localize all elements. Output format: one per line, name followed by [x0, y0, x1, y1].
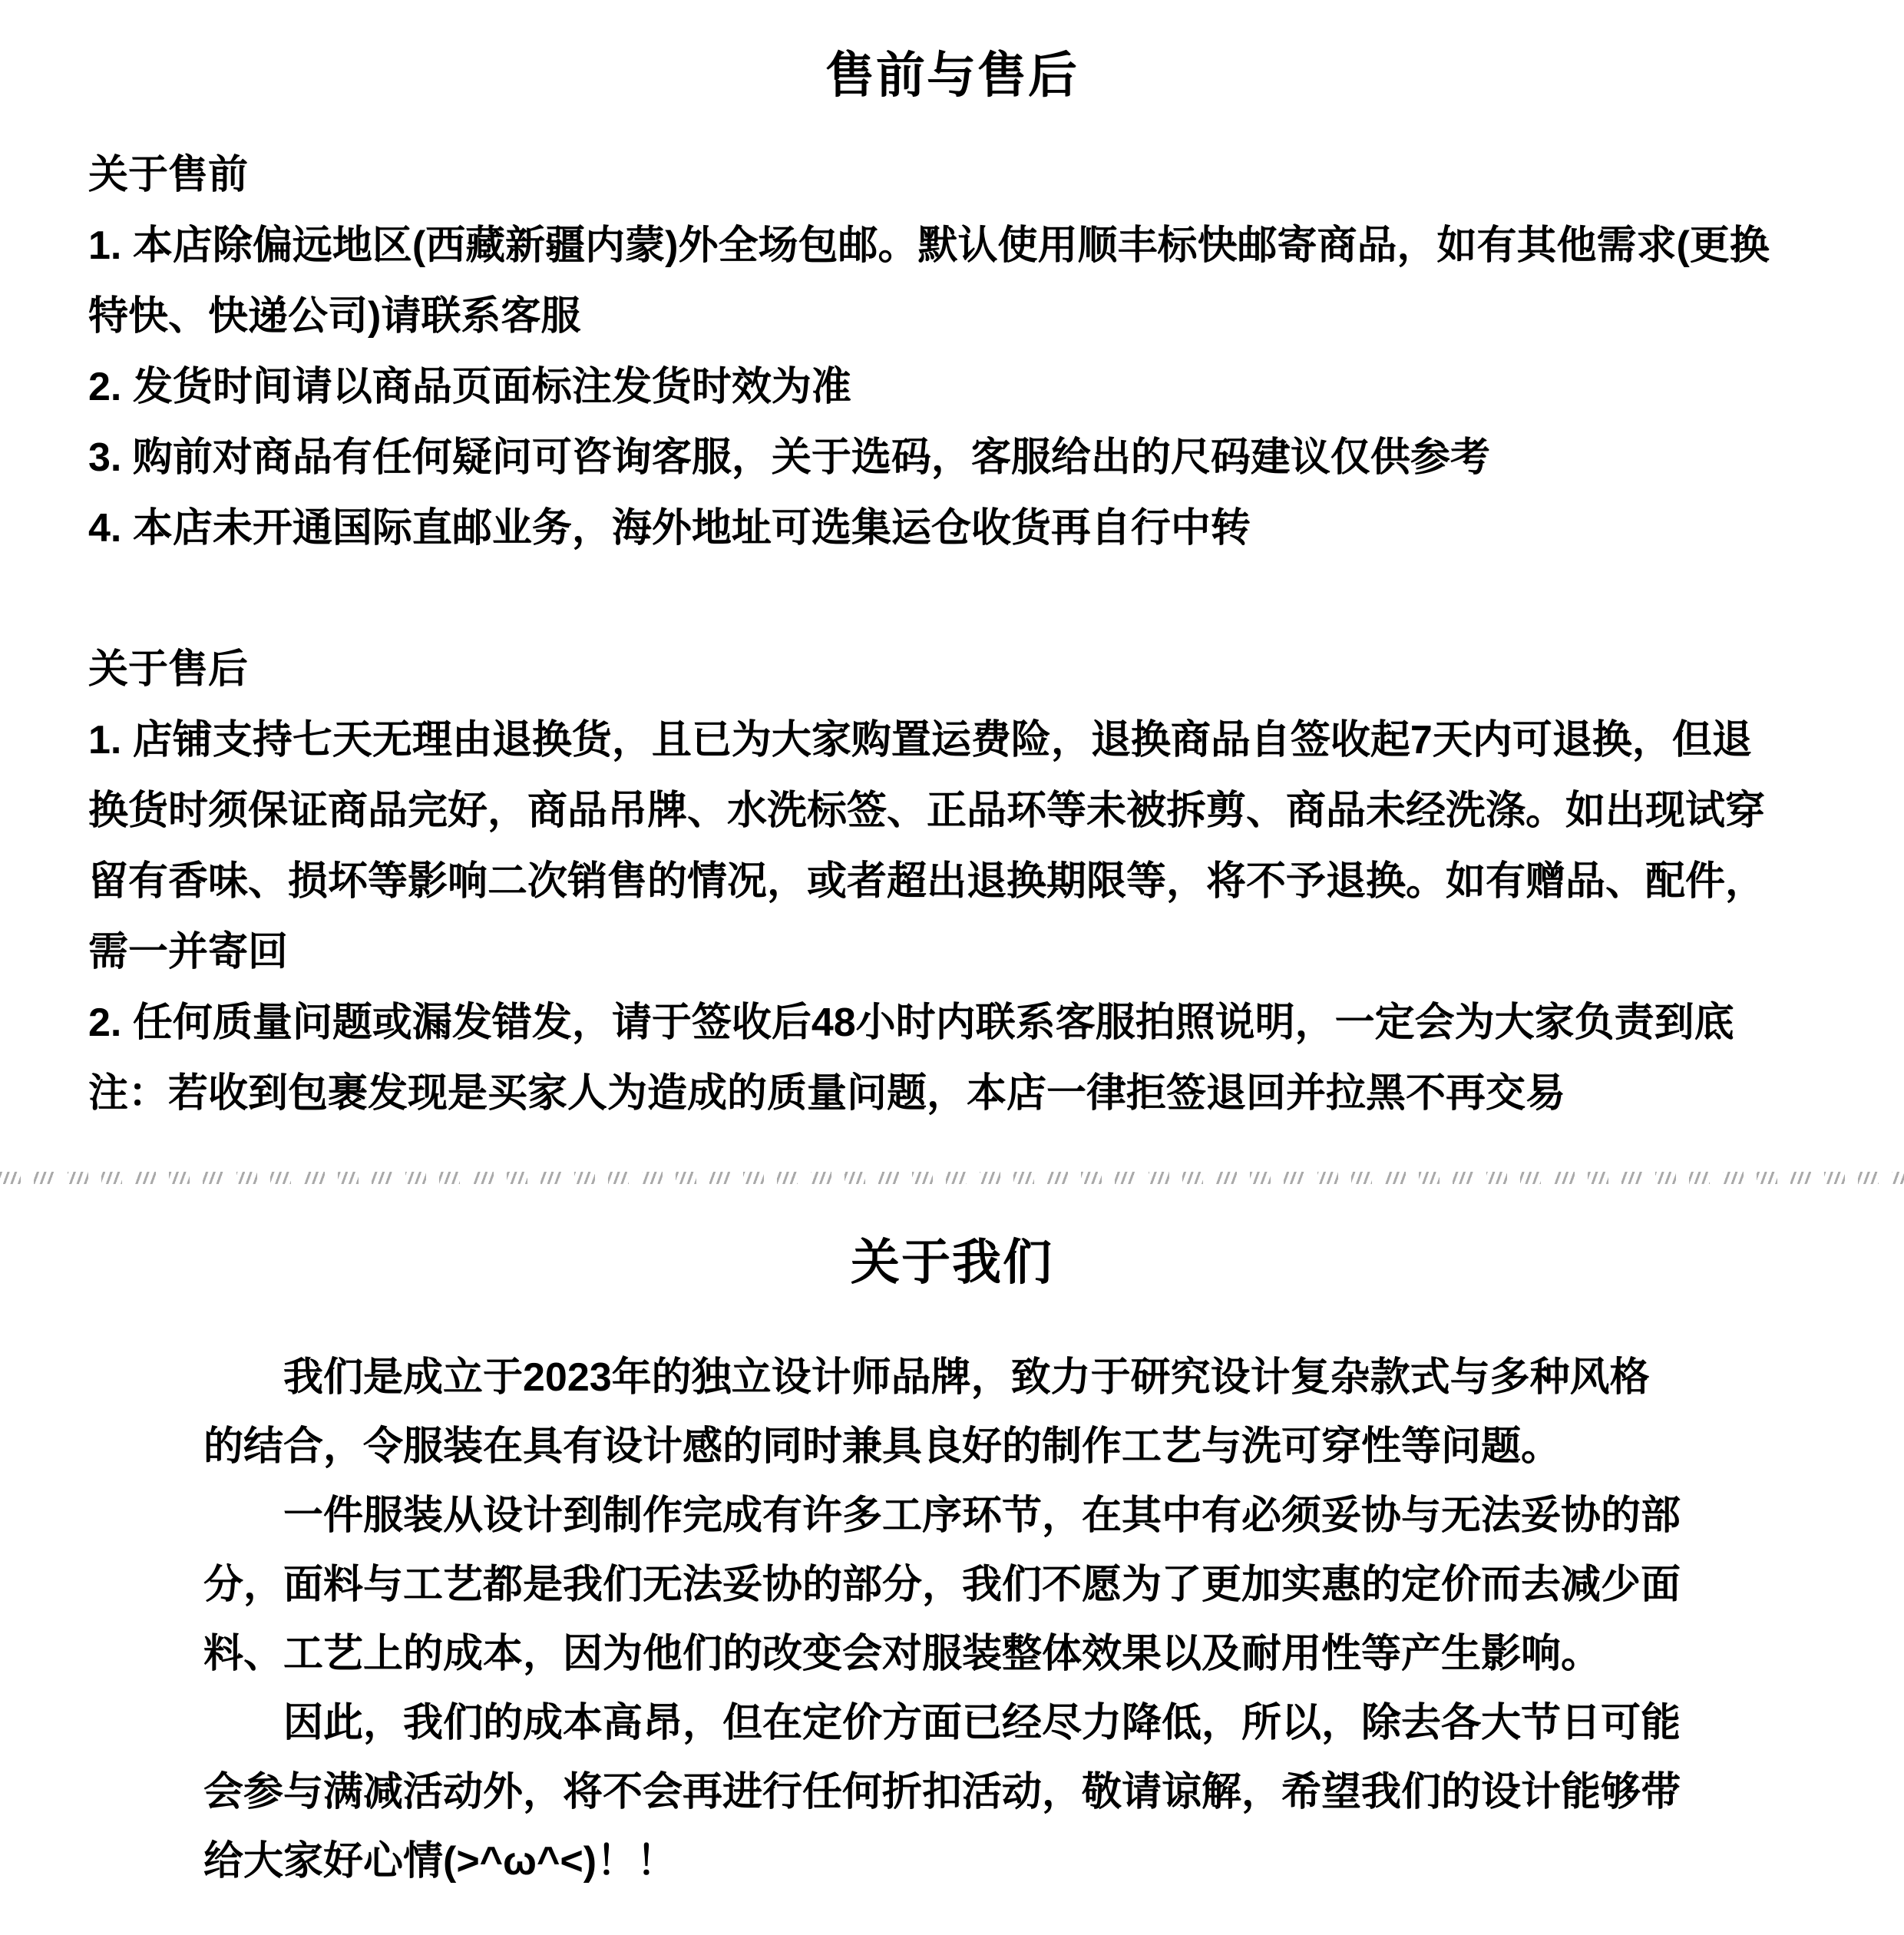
about-paragraph: 因此，我们的成本高昂，但在定价方面已经尽力降低，所以，除去各大节日可能 会参与满…: [203, 1689, 1701, 1896]
about-paragraph: 一件服装从设计到制作完成有许多工序环节，在其中有必须妥协与无法妥协的部 分，面料…: [203, 1481, 1701, 1689]
about-body: 我们是成立于2023年的独立设计师品牌，致力于研究设计复杂款式与多种风格 的结合…: [0, 1343, 1904, 1896]
product-detail-page: { "theme": { "background": "#ffffff", "t…: [0, 0, 1904, 1935]
aftersale-heading: 关于售后: [88, 634, 1816, 705]
presale-policy-text: 1. 本店除偏远地区(西藏新疆内蒙)外全场包邮。默认使用顺丰标快邮寄商品，如有其…: [88, 210, 1816, 564]
presale-aftersale-section: 售前与售后 关于售前 1. 本店除偏远地区(西藏新疆内蒙)外全场包邮。默认使用顺…: [0, 0, 1904, 1129]
about-title: 关于我们: [0, 1232, 1904, 1293]
presale-aftersale-title: 售前与售后: [88, 0, 1816, 106]
dashed-divider: [0, 1172, 1904, 1184]
about-section: 关于我们 我们是成立于2023年的独立设计师品牌，致力于研究设计复杂款式与多种风…: [0, 1232, 1904, 1896]
about-paragraph: 我们是成立于2023年的独立设计师品牌，致力于研究设计复杂款式与多种风格 的结合…: [203, 1343, 1701, 1481]
presale-heading: 关于售前: [88, 140, 1816, 210]
aftersale-policy-text: 1. 店铺支持七天无理由退换货，且已为大家购置运费险，退换商品自签收起7天内可退…: [88, 705, 1816, 1129]
